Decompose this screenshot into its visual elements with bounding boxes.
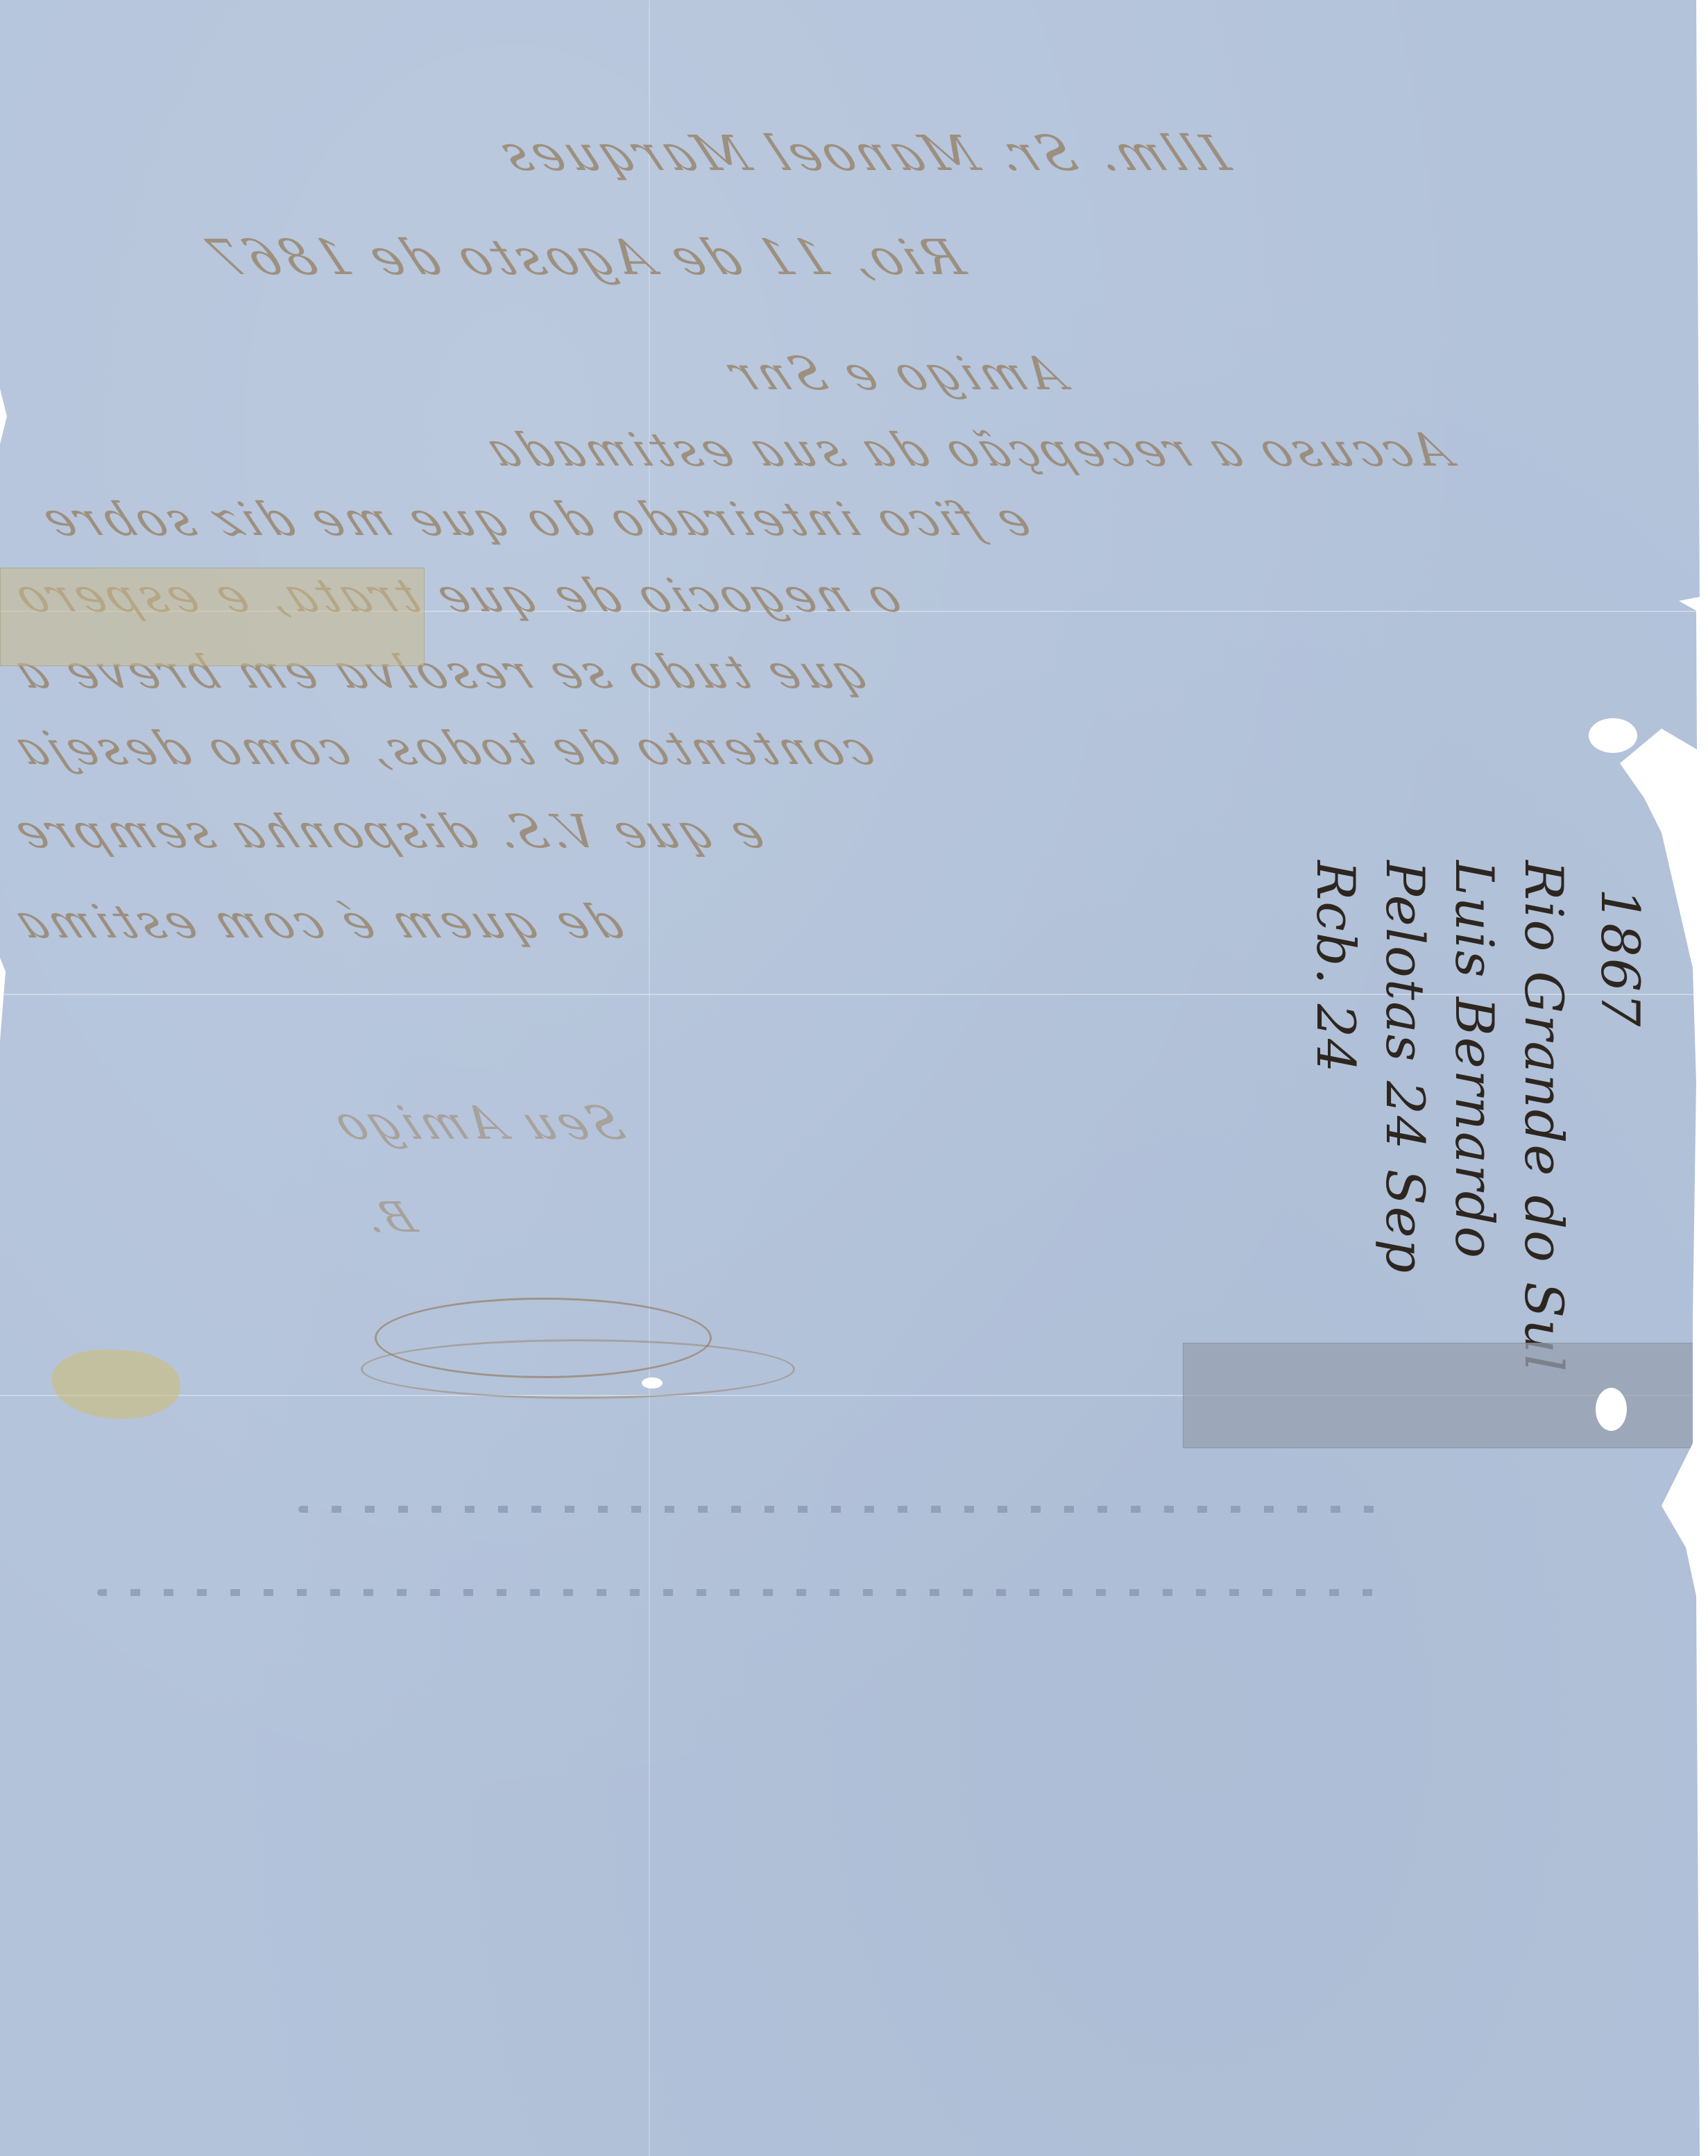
bleed-line: Accuso a recepção da sua estimada — [473, 423, 1460, 477]
bleed-heading-2: Rio, 11 de Agosto de 1867 — [195, 229, 973, 286]
docket-date: Pelotas 24 Sep — [1374, 860, 1436, 1274]
letter-sheet: Illm. Sr. Manoel Marques Rio, 11 de Agos… — [0, 0, 1708, 2156]
punch-hole — [1596, 1388, 1627, 1431]
docket-received: Rcb. 24 — [1305, 860, 1367, 1073]
docket-name: Luis Bernardo — [1444, 860, 1505, 1259]
punch-hole — [1589, 718, 1637, 753]
docket-place: Rio Grande do Sul — [1513, 860, 1575, 1373]
bleed-line: Amigo e Snr — [716, 347, 1074, 400]
docket-year: 1867 — [1589, 888, 1651, 1028]
bleed-line: de quem é com estima — [1, 895, 631, 949]
offset-marks — [97, 1589, 1387, 1596]
bleed-line: contento de todos, como deseja — [1, 722, 883, 775]
tape-strip-left — [0, 568, 425, 666]
worn-spot — [642, 1377, 663, 1389]
bleed-closing-2: B. — [350, 1194, 425, 1242]
vertical-fold-line — [649, 0, 650, 2156]
bleed-line: e que V.S. disponha sempre — [1, 805, 773, 858]
offset-marks — [298, 1506, 1381, 1513]
bleed-closing: Seu Amigo — [321, 1096, 633, 1150]
water-stain — [52, 1350, 180, 1419]
signature-flourish — [361, 1339, 795, 1399]
bleed-line: e fico inteirado do que me diz sobre — [29, 493, 1039, 546]
bleed-heading-1: Illm. Sr. Manoel Marques — [486, 125, 1239, 182]
